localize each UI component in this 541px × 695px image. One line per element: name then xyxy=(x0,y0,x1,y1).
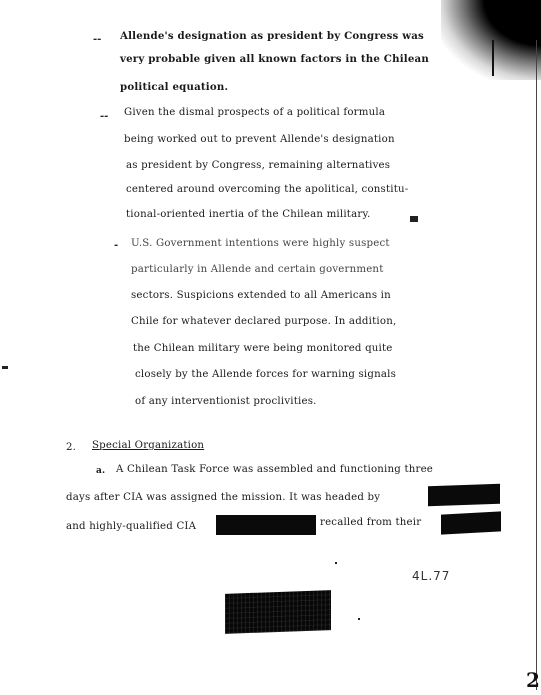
document-page: -- Allende's designation as president by… xyxy=(0,0,541,695)
page-number: 2 xyxy=(526,668,540,692)
bullet-2-line-2: being worked out to prevent Allende's de… xyxy=(124,134,395,145)
scan-speck xyxy=(2,366,8,369)
bullet-1-line-3: political equation. xyxy=(120,81,228,93)
bullet-marker: -- xyxy=(100,111,108,122)
paragraph-a-line-3b: recalled from their xyxy=(320,517,421,528)
section-heading: Special Organization xyxy=(92,440,204,451)
bullet-3-line-3: sectors. Suspicions extended to all Amer… xyxy=(131,290,391,301)
scan-speck xyxy=(358,618,360,620)
paragraph-a-line-3a: and highly-qualified CIA xyxy=(66,521,196,532)
scan-speck xyxy=(335,562,337,564)
redaction-block xyxy=(428,484,500,507)
bullet-3-line-7: of any interventionist proclivities. xyxy=(135,396,317,407)
paragraph-label: a. xyxy=(96,466,105,476)
bullet-3-line-1: U.S. Government intentions were highly s… xyxy=(131,238,390,249)
scan-shadow-corner xyxy=(441,0,541,80)
paragraph-a-line-2: days after CIA was assigned the mission.… xyxy=(66,492,380,503)
bullet-1-line-1: Allende's designation as president by Co… xyxy=(120,30,424,42)
bullet-3-line-6: closely by the Allende forces for warnin… xyxy=(135,369,396,380)
bullet-2-line-4: centered around overcoming the apolitica… xyxy=(126,184,408,195)
bullet-3-line-4: Chile for whatever declared purpose. In … xyxy=(131,316,396,327)
document-stamp: 4L.77 xyxy=(412,569,450,583)
bullet-3-line-5: the Chilean military were being monitore… xyxy=(133,343,393,354)
bullet-marker: -- xyxy=(93,34,101,45)
bullet-1-line-2: very probable given all known factors in… xyxy=(120,53,429,65)
section-number: 2. xyxy=(66,442,76,453)
redaction-block xyxy=(225,590,331,634)
bullet-marker: - xyxy=(114,240,118,251)
scan-edge-line xyxy=(536,40,537,690)
bullet-3-line-2: particularly in Allende and certain gove… xyxy=(131,264,384,275)
redaction-block xyxy=(441,511,501,534)
redaction-block xyxy=(216,515,316,535)
bullet-2-line-3: as president by Congress, remaining alte… xyxy=(126,160,390,171)
bullet-2-line-1: Given the dismal prospects of a politica… xyxy=(124,107,385,118)
margin-mark xyxy=(492,40,494,76)
ink-blot xyxy=(410,216,418,222)
paragraph-a-line-1: A Chilean Task Force was assembled and f… xyxy=(116,464,433,475)
bullet-2-line-5: tional-oriented inertia of the Chilean m… xyxy=(126,209,371,220)
